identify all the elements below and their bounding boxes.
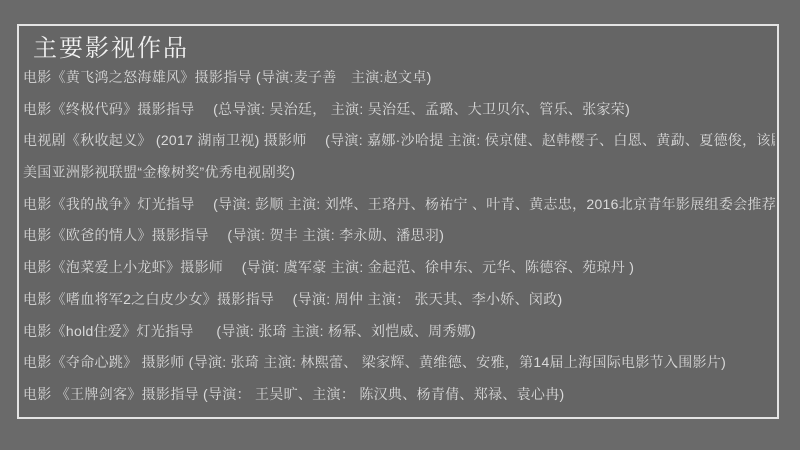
work-item: 电影 《王牌剑客》摄影指导 (导演： 王吴旷、主演： 陈汉典、杨青倩、郑禄、袁心… xyxy=(23,379,775,411)
work-item: 电影《欧爸的情人》摄影指导 (导演: 贺丰 主演: 李永勋、潘思羽) xyxy=(23,220,775,252)
work-item: 电影《嗜血将军2之白皮少女》摄影指导 (导演: 周仲 主演： 张天其、李小娇、闵… xyxy=(23,284,775,316)
page-title: 主要影视作品 xyxy=(33,28,189,63)
work-item: 电影《夺命心跳》 摄影师 (导演: 张琦 主演: 林熙蕾、 梁家辉、黄维德、安雅… xyxy=(23,347,775,379)
work-item: 电影《终极代码》摄影指导 (总导演: 吴治廷， 主演: 吴治廷、孟璐、大卫贝尔、… xyxy=(23,94,775,126)
content-panel: 主要影视作品 电影《黄飞鸿之怒海雄风》摄影指导 (导演:麦子善 主演:赵文卓)电… xyxy=(17,24,779,419)
work-item: 电影《泡菜爱上小龙虾》摄影师 (导演: 虞军豪 主演: 金起范、徐申东、元华、陈… xyxy=(23,252,775,284)
work-item: 电影《hold住爱》灯光指导 (导演: 张琦 主演: 杨幂、刘恺威、周秀娜) xyxy=(23,316,775,348)
works-list: 电影《黄飞鸿之怒海雄风》摄影指导 (导演:麦子善 主演:赵文卓)电影《终极代码》… xyxy=(23,62,775,411)
work-item: 美国亚洲影视联盟“金橡树奖”优秀电视剧奖) xyxy=(23,157,775,189)
work-item: 电影《我的战争》灯光指导 (导演: 彭顺 主演: 刘烨、王珞丹、杨祐宁 、叶青、… xyxy=(23,189,775,221)
work-item: 电视剧《秋收起义》 (2017 湖南卫视) 摄影师 (导演: 嘉娜·沙哈提 主演… xyxy=(23,125,775,157)
work-item: 电影《黄飞鸿之怒海雄风》摄影指导 (导演:麦子善 主演:赵文卓) xyxy=(23,62,775,94)
